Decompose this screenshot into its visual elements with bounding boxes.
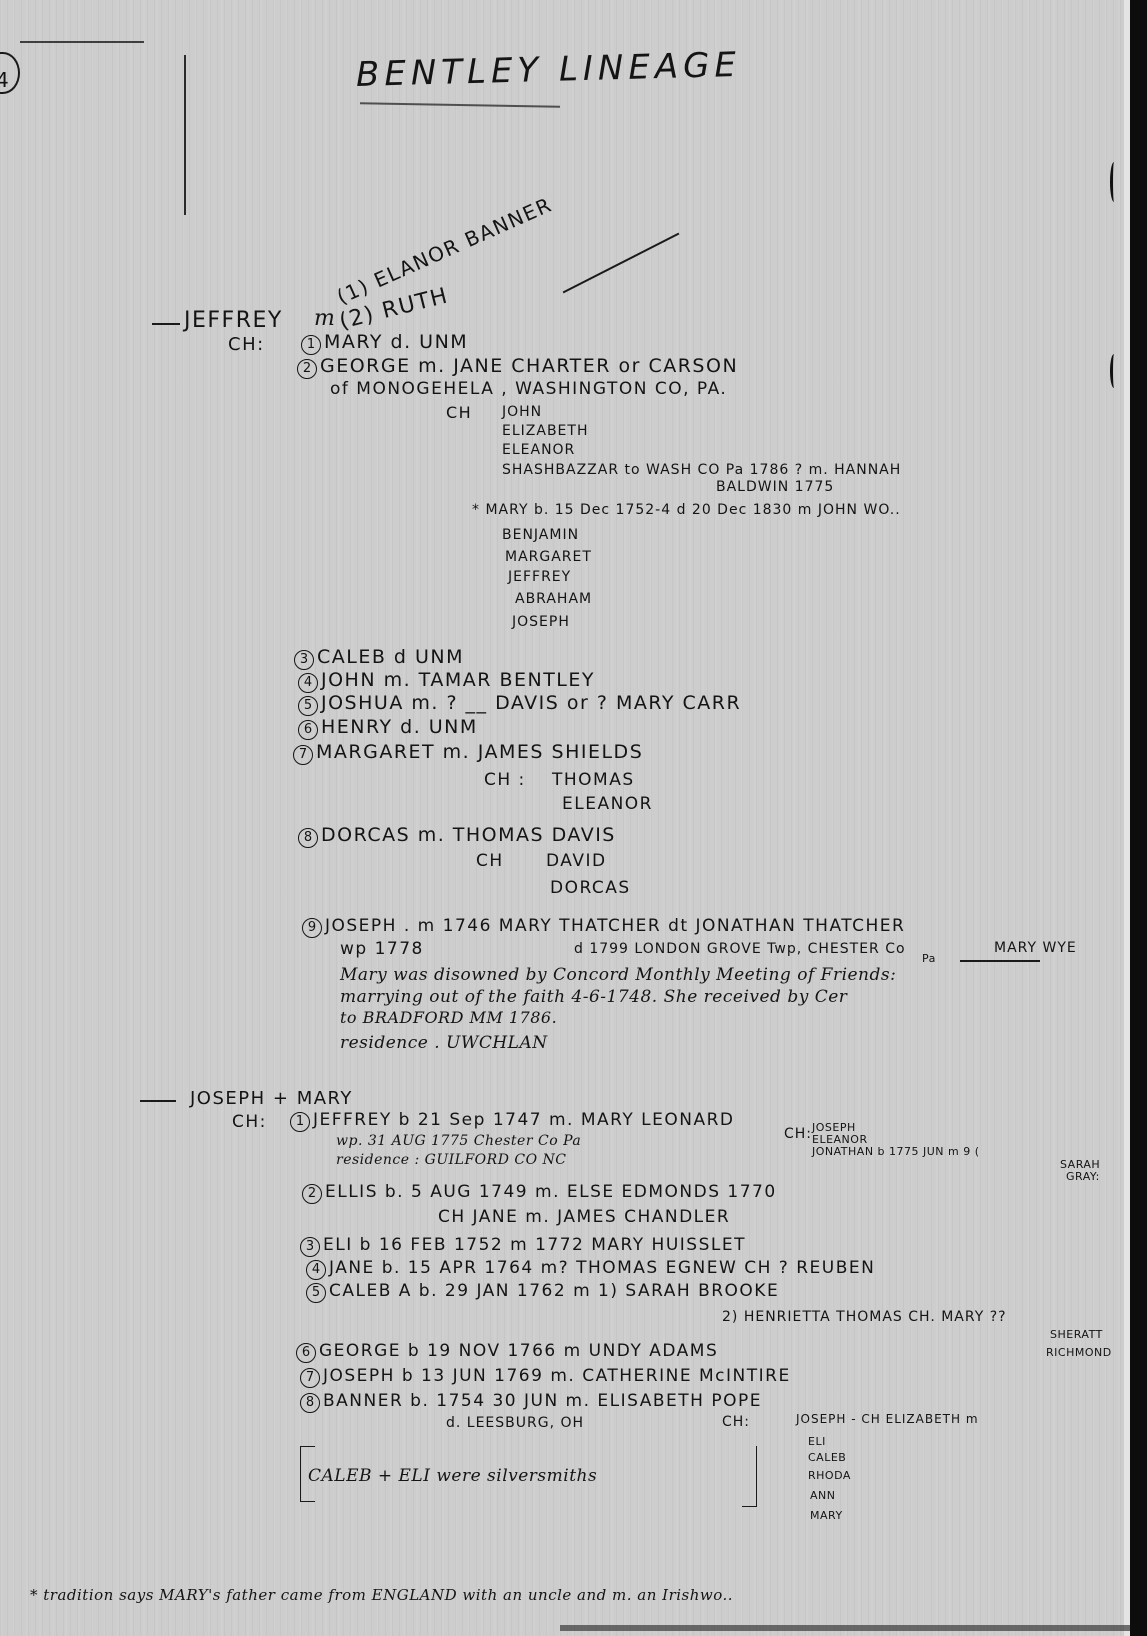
banner-child: RHODA bbox=[808, 1470, 851, 1481]
child-number: 3 bbox=[300, 1237, 320, 1257]
gen2-child-6: 6GEORGE b 19 NOV 1766 m UNDY ADAMS bbox=[296, 1343, 718, 1363]
scan-edge bbox=[1130, 0, 1147, 1636]
joseph-death: d 1799 LONDON GROVE Twp, CHESTER Co bbox=[574, 942, 906, 956]
george-child: SHASHBAZZAR to WASH CO Pa 1786 ? m. HANN… bbox=[502, 463, 901, 477]
gen2-head: JOSEPH + MARY bbox=[190, 1090, 353, 1108]
gen1-head: JEFFREY bbox=[184, 310, 283, 332]
george-child-mary: * MARY b. 15 Dec 1752-4 d 20 Dec 1830 m … bbox=[472, 503, 901, 517]
margaret-child: ELEANOR bbox=[562, 796, 653, 813]
george-child: ELIZABETH bbox=[502, 424, 588, 438]
banner-child: ELI bbox=[808, 1436, 826, 1447]
child-number: 9 bbox=[302, 918, 322, 938]
george-child: MARGARET bbox=[505, 550, 592, 564]
margin-line bbox=[184, 55, 186, 215]
child-number: 8 bbox=[298, 828, 318, 848]
margaret-ch-label: CH : bbox=[484, 772, 526, 789]
wye-underline bbox=[960, 960, 1040, 962]
edge-mark-middle bbox=[1110, 354, 1118, 388]
child-number: 1 bbox=[301, 335, 321, 355]
joseph-residence: residence . UWCHLAN bbox=[340, 1035, 548, 1052]
child-number: 1 bbox=[290, 1112, 310, 1132]
banner-child: ANN bbox=[810, 1490, 835, 1501]
ellis-children: CH JANE m. JAMES CHANDLER bbox=[438, 1209, 730, 1226]
george-child: ABRAHAM bbox=[515, 592, 592, 606]
child-text: JOSEPH . m 1746 MARY THATCHER dt JONATHA… bbox=[325, 916, 905, 936]
child-text: BANNER b. 1754 30 JUN m. ELISABETH POPE bbox=[323, 1391, 762, 1411]
spouse-underline bbox=[563, 233, 680, 294]
title-underline bbox=[360, 102, 560, 107]
silversmiths-note: CALEB + ELI were silversmiths bbox=[308, 1468, 597, 1485]
joseph-wp: wp 1778 bbox=[340, 941, 424, 958]
george-child-note: BALDWIN 1775 bbox=[716, 480, 834, 494]
gen1-child-8: 8DORCAS m. THOMAS DAVIS bbox=[298, 826, 616, 848]
gen1-married: m bbox=[314, 308, 335, 330]
child-number: 7 bbox=[300, 1368, 320, 1388]
jeffrey-child-spouse: GRAY: bbox=[1066, 1171, 1100, 1182]
dorcas-ch-label: CH bbox=[476, 853, 504, 870]
gen2-child-4: 4JANE b. 15 APR 1764 m? THOMAS EGNEW CH … bbox=[306, 1260, 875, 1280]
gen2-dash bbox=[140, 1100, 176, 1102]
joseph-note-1: Mary was disowned by Concord Monthly Mee… bbox=[340, 967, 896, 984]
george-child: ELEANOR bbox=[502, 443, 575, 457]
george-child: JOSEPH bbox=[512, 615, 570, 629]
jeffrey-ch-label: CH: bbox=[784, 1127, 812, 1141]
gen1-child-1: 1MARY d. UNM bbox=[301, 333, 468, 355]
joseph-insert: Pa bbox=[922, 953, 936, 964]
dorcas-child: DORCAS bbox=[550, 880, 631, 897]
document-title: BENTLEY LINEAGE bbox=[356, 48, 742, 92]
jeffrey-child: ELEANOR bbox=[812, 1134, 868, 1145]
banner-child: CALEB bbox=[808, 1452, 846, 1463]
banner-ch-label: CH: bbox=[722, 1415, 750, 1429]
joseph-note-3: to BRADFORD MM 1786. bbox=[340, 1010, 557, 1026]
child-text: ELI b 16 FEB 1752 m 1772 MARY HUISSLET bbox=[323, 1235, 746, 1255]
child-number: 8 bbox=[300, 1393, 320, 1413]
gen1-child-5: 5JOSHUA m. ? __ DAVIS or ? MARY CARR bbox=[298, 694, 741, 716]
child-number: 5 bbox=[298, 696, 318, 716]
gen2-ch-label: CH: bbox=[232, 1114, 267, 1131]
child-text: GEORGE b 19 NOV 1766 m UNDY ADAMS bbox=[319, 1341, 718, 1361]
child-text: JEFFREY b 21 Sep 1747 m. MARY LEONARD bbox=[313, 1110, 735, 1130]
george-child: BENJAMIN bbox=[502, 528, 579, 542]
gen2-child-5: 5CALEB A b. 29 JAN 1762 m 1) SARAH BROOK… bbox=[306, 1283, 779, 1303]
footnote: * tradition says MARY's father came from… bbox=[30, 1588, 733, 1603]
child-text: MARGARET m. JAMES SHIELDS bbox=[316, 741, 643, 763]
gen2-child-7: 7JOSEPH b 13 JUN 1769 m. CATHERINE McINT… bbox=[300, 1368, 791, 1388]
gen1-child-3: 3CALEB d UNM bbox=[294, 648, 464, 670]
child-text: JOSEPH b 13 JUN 1769 m. CATHERINE McINTI… bbox=[323, 1366, 791, 1386]
child-text: GEORGE m. JANE CHARTER or CARSON bbox=[320, 355, 738, 377]
banner-child: JOSEPH - CH ELIZABETH m bbox=[796, 1413, 979, 1425]
child-number: 2 bbox=[297, 359, 317, 379]
gen1-child-2: 2GEORGE m. JANE CHARTER or CARSON bbox=[297, 357, 738, 379]
caleb-child-note: SHERATT bbox=[1050, 1329, 1103, 1340]
gen2-child-2: 2ELLIS b. 5 AUG 1749 m. ELSE EDMONDS 177… bbox=[302, 1184, 777, 1204]
scanned-page: 4 BENTLEY LINEAGE JEFFREY m (1) ELANOR B… bbox=[0, 0, 1130, 1636]
george-ch-label: CH bbox=[446, 405, 472, 421]
jeffrey-child: JONATHAN b 1775 JUN m 9 ( bbox=[812, 1146, 980, 1157]
banner-death: d. LEESBURG, OH bbox=[446, 1416, 584, 1430]
margaret-child: THOMAS bbox=[552, 772, 635, 789]
gen1-child-2-line2: of MONOGEHELA , WASHINGTON CO, PA. bbox=[330, 381, 727, 398]
gen1-child-4: 4JOHN m. TAMAR BENTLEY bbox=[298, 671, 595, 693]
note-bracket-right bbox=[742, 1446, 757, 1507]
child-number: 4 bbox=[306, 1260, 326, 1280]
child-text: CALEB A b. 29 JAN 1762 m 1) SARAH BROOKE bbox=[329, 1281, 779, 1301]
top-corner-line bbox=[20, 41, 144, 43]
gen1-child-9: 9JOSEPH . m 1746 MARY THATCHER dt JONATH… bbox=[302, 918, 905, 938]
child-number: 7 bbox=[293, 745, 313, 765]
jeffrey-residence: residence : GUILFORD CO NC bbox=[336, 1153, 566, 1167]
edge-mark-top bbox=[1110, 162, 1118, 202]
child-number: 6 bbox=[298, 720, 318, 740]
caleb-child-note: RICHMOND bbox=[1046, 1347, 1112, 1358]
child-text: JOSHUA m. ? __ DAVIS or ? MARY CARR bbox=[321, 692, 741, 714]
child-number: 2 bbox=[302, 1184, 322, 1204]
child-text: HENRY d. UNM bbox=[321, 716, 478, 738]
page-number-circle bbox=[0, 52, 20, 94]
child-text: ELLIS b. 5 AUG 1749 m. ELSE EDMONDS 1770 bbox=[325, 1182, 777, 1202]
child-number: 3 bbox=[294, 650, 314, 670]
george-child: JOHN bbox=[502, 405, 542, 419]
dorcas-child: DAVID bbox=[546, 853, 607, 870]
caleb-second-marriage: 2) HENRIETTA THOMAS CH. MARY ?? bbox=[722, 1310, 1007, 1324]
scan-bottom-artifact bbox=[560, 1625, 1130, 1631]
gen2-child-1: 1JEFFREY b 21 Sep 1747 m. MARY LEONARD bbox=[290, 1112, 735, 1132]
child-number: 6 bbox=[296, 1343, 316, 1363]
joseph-mary-wye: MARY WYE bbox=[994, 941, 1077, 955]
gen1-dash bbox=[152, 323, 180, 325]
child-text: MARY d. UNM bbox=[324, 331, 468, 353]
child-text: CALEB d UNM bbox=[317, 646, 464, 668]
child-text: JANE b. 15 APR 1764 m? THOMAS EGNEW CH ?… bbox=[329, 1258, 875, 1278]
gen1-child-6: 6HENRY d. UNM bbox=[298, 718, 478, 740]
gen1-child-7: 7MARGARET m. JAMES SHIELDS bbox=[293, 743, 643, 765]
gen2-child-3: 3ELI b 16 FEB 1752 m 1772 MARY HUISSLET bbox=[300, 1237, 746, 1257]
child-text: DORCAS m. THOMAS DAVIS bbox=[321, 824, 616, 846]
joseph-note-2: marrying out of the faith 4-6-1748. She … bbox=[340, 989, 847, 1006]
george-child: JEFFREY bbox=[508, 570, 571, 584]
banner-child: MARY bbox=[810, 1510, 843, 1521]
jeffrey-child-spouse: SARAH bbox=[1060, 1159, 1100, 1170]
child-number: 4 bbox=[298, 673, 318, 693]
gen2-child-8: 8BANNER b. 1754 30 JUN m. ELISABETH POPE bbox=[300, 1393, 762, 1413]
gen1-ch-label: CH: bbox=[228, 336, 265, 354]
jeffrey-child: JOSEPH bbox=[812, 1122, 856, 1133]
child-number: 5 bbox=[306, 1283, 326, 1303]
child-text: JOHN m. TAMAR BENTLEY bbox=[321, 669, 595, 691]
jeffrey-wp: wp. 31 AUG 1775 Chester Co Pa bbox=[336, 1134, 581, 1148]
